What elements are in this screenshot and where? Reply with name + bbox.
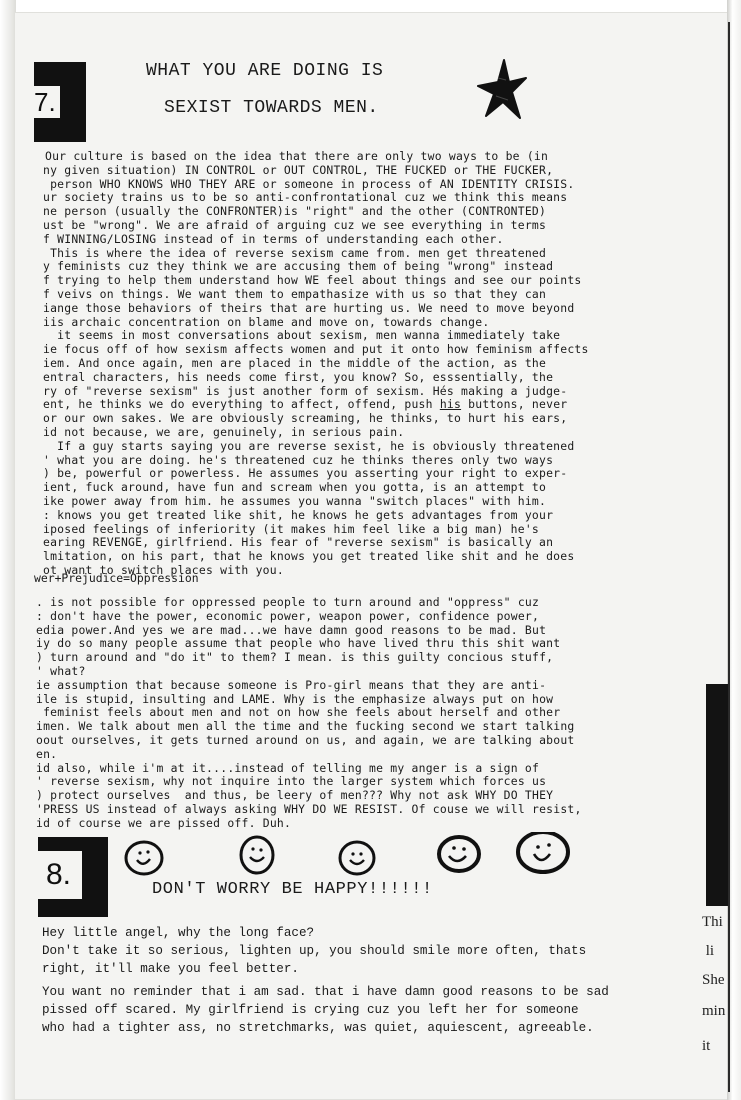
text-line: edia power.And yes we are mad...we have … [36, 624, 582, 638]
text-line: id not because, we are, genuinely, in se… [43, 426, 589, 440]
text-line: id of course we are pissed off. Duh. [36, 817, 582, 831]
underlined-word: his [440, 397, 461, 411]
poem-stanza-1: Hey little angel, why the long face?Don'… [42, 924, 586, 978]
text-line: or our own sakes. We are obviously screa… [43, 412, 589, 426]
text-line: ny given situation) IN CONTROL or OUT CO… [43, 164, 589, 178]
text-line: right, it'll make you feel better. [42, 960, 586, 978]
text-line: iposed feelings of inferiority (it makes… [43, 523, 589, 537]
text-line: : knows you get treated like shit, he kn… [43, 509, 589, 523]
subheading: wer+Prejudice=Oppression [34, 571, 199, 585]
text-line: ent, he thinks we do everything to affec… [43, 398, 589, 412]
facing-page-fragment: li [702, 943, 728, 960]
section-title-line2: SEXIST TOWARDS MEN. [164, 98, 379, 118]
text-line: entral characters, his needs come first,… [43, 371, 589, 385]
text-line: lmitation, on his part, that he knows yo… [43, 550, 589, 564]
text-line: f trying to help them understand how WE … [43, 274, 589, 288]
text-line: ' what? [36, 665, 582, 679]
section7-body-2: . is not possible for oppressed people t… [36, 596, 582, 831]
text-line: id also, while i'm at it....instead of t… [36, 762, 582, 776]
poem-stanza-2: You want no reminder that i am sad. that… [42, 983, 609, 1037]
smiley-icon [126, 842, 162, 874]
text-line: feminist feels about men and not on how … [36, 706, 582, 720]
section-title-line1: WHAT YOU ARE DOING IS [146, 61, 383, 81]
text-line: person WHO KNOWS WHO THEY ARE or someone… [43, 178, 589, 192]
text-line: ne person (usually the CONFRONTER)is "ri… [43, 205, 589, 219]
smiley-icon [439, 837, 479, 871]
text-line: f WINNING/LOSING instead of in terms of … [43, 233, 589, 247]
text-line: en. [36, 748, 582, 762]
text-line: pissed off scared. My girlfriend is cryi… [42, 1001, 609, 1019]
text-line: iy do so many people assume that people … [36, 637, 582, 651]
text-line: y feminists cuz they think we are accusi… [43, 260, 589, 274]
text-line: ie assumption that because someone is Pr… [36, 679, 582, 693]
smiley-icon [518, 832, 568, 872]
text-line: ur society trains us to be so anti-confr… [43, 191, 589, 205]
text-line: ' reverse sexism, why not inquire into t… [36, 775, 582, 789]
facing-page-fragment: Thi [702, 914, 728, 931]
smiley-row [118, 832, 578, 882]
text-line: f veivs on things. We want them to empat… [43, 288, 589, 302]
text-line: iis archaic concentration on blame and m… [43, 316, 589, 330]
text-line: ile is stupid, insulting and LAME. Why i… [36, 693, 582, 707]
section-number-block-8: 8. [38, 837, 108, 917]
section-number-8: 8. [38, 851, 82, 899]
text-line: ) turn around and "do it" to them? I mea… [36, 651, 582, 665]
smiley-icon [241, 837, 273, 873]
text-line: imen. We talk about men all the time and… [36, 720, 582, 734]
text-line: 'PRESS US instead of always asking WHY D… [36, 803, 582, 817]
facing-page-fragment: She [702, 972, 728, 989]
section-number: 7. [34, 86, 60, 118]
section-number-block: 7. [34, 62, 86, 142]
text-line: If a guy starts saying you are reverse s… [43, 440, 589, 454]
text-line: Hey little angel, why the long face? [42, 924, 586, 942]
star-icon [476, 58, 528, 122]
text-line: ry of "reverse sexism" is just another f… [43, 385, 589, 399]
text-line: This is where the idea of reverse sexism… [43, 247, 589, 261]
facing-page-fragment: min [702, 1003, 728, 1020]
text-line: ie focus off of how sexism affects women… [43, 343, 589, 357]
text-line: ust be "wrong". We are afraid of arguing… [43, 219, 589, 233]
facing-page-fragment: it [702, 1038, 728, 1055]
text-line: ' what you are doing. he's threatened cu… [43, 454, 589, 468]
text-line: oout ourselves, it gets turned around on… [36, 734, 582, 748]
section7-body: Our culture is based on the idea that th… [43, 150, 589, 578]
text-line: You want no reminder that i am sad. that… [42, 983, 609, 1001]
text-line: iem. And once again, men are placed in t… [43, 357, 589, 371]
text-line: earing REVENGE, girlfriend. His fear of … [43, 536, 589, 550]
text-line: : don't have the power, economic power, … [36, 610, 582, 624]
smiley-icon [340, 842, 374, 874]
text-line: ient, fuck around, have fun and scream w… [43, 481, 589, 495]
text-line: iange those behaviors of theirs that are… [43, 302, 589, 316]
section8-title: DON'T WORRY BE HAPPY!!!!!! [152, 880, 433, 899]
facing-page-block [706, 684, 728, 906]
text-line: it seems in most conversations about sex… [43, 329, 589, 343]
text-line: who had a tighter ass, no stretchmarks, … [42, 1019, 609, 1037]
text-line: ) be, powerful or powerless. He assumes … [43, 467, 589, 481]
text-line: Our culture is based on the idea that th… [43, 150, 589, 164]
binding-spine [728, 22, 730, 1092]
text-line: . is not possible for oppressed people t… [36, 596, 582, 610]
text-line: ) protect ourselves and thus, be leery o… [36, 789, 582, 803]
text-line: Don't take it so serious, lighten up, yo… [42, 942, 586, 960]
text-line: ike power away from him. he assumes you … [43, 495, 589, 509]
